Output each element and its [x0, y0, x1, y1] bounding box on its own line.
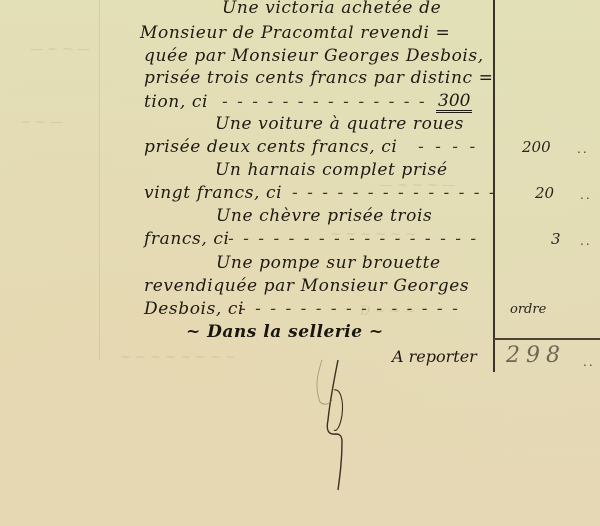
dash-leader: - - - - - - - - - - - - - - -: [240, 299, 460, 319]
document-page: — ~ ~ — ~ ~ — — ~ ~ ~ — ~ ~ ~ ~ ~ ~ D ~ …: [0, 0, 600, 526]
entry-line: Un harnais complet prisé: [215, 160, 448, 180]
bleed-through-rule: [99, 0, 100, 360]
dash-leader: - - - -: [418, 137, 478, 157]
amount-suffix: ..: [577, 142, 589, 156]
entry-line: prisée trois cents francs par distinc =: [144, 68, 493, 88]
carry-forward-label: A reporter: [392, 347, 477, 366]
amount-value: 200: [522, 138, 551, 156]
entry-line: francs, ci: [144, 229, 230, 249]
subtotal-rule: [493, 338, 600, 340]
entry-line: quée par Monsieur Georges Desbois,: [144, 46, 484, 66]
dash-leader: - - - - - - - - - - - - - - - - -: [228, 229, 478, 249]
entry-line: Monsieur de Pracomtal revendi =: [140, 23, 450, 43]
amount-suffix: ..: [580, 234, 592, 248]
entry-line: Desbois, ci: [144, 299, 244, 319]
bleed-through-text: ~ ~ ~ ~ ~ ~ ~ ~: [120, 350, 236, 365]
entry-line: vingt francs, ci: [144, 183, 282, 203]
amount-suffix: ..: [580, 188, 592, 202]
entry-line: Une victoria achetée de: [222, 0, 441, 18]
paraph-signature-mark: [312, 360, 372, 520]
entry-line: prisée deux cents francs, ci: [144, 137, 397, 157]
bleed-through-text: ~ ~ —: [20, 115, 63, 130]
amount-note: ordre: [510, 302, 546, 317]
carry-forward-total: 298: [506, 343, 566, 368]
amount-suffix: ..: [583, 355, 595, 369]
dash-leader: - - - - - - - - - - - - - -: [292, 183, 497, 203]
entry-line: Une voiture à quatre roues: [215, 114, 464, 134]
section-heading: ~ Dans la sellerie ~: [186, 322, 384, 342]
dash-leader: - - - - - - - - - - - - - -: [222, 92, 427, 112]
bleed-through-text: — ~ ~ —: [30, 42, 90, 57]
entry-line: tion, ci: [144, 92, 208, 112]
inline-amount: 300: [436, 92, 472, 113]
entry-line: revendiquée par Monsieur Georges: [144, 276, 469, 296]
amount-value: 3: [551, 230, 561, 248]
entry-line: Une chèvre prisée trois: [216, 206, 432, 226]
entry-line: Une pompe sur brouette: [216, 253, 441, 273]
amount-value: 20: [535, 184, 554, 202]
